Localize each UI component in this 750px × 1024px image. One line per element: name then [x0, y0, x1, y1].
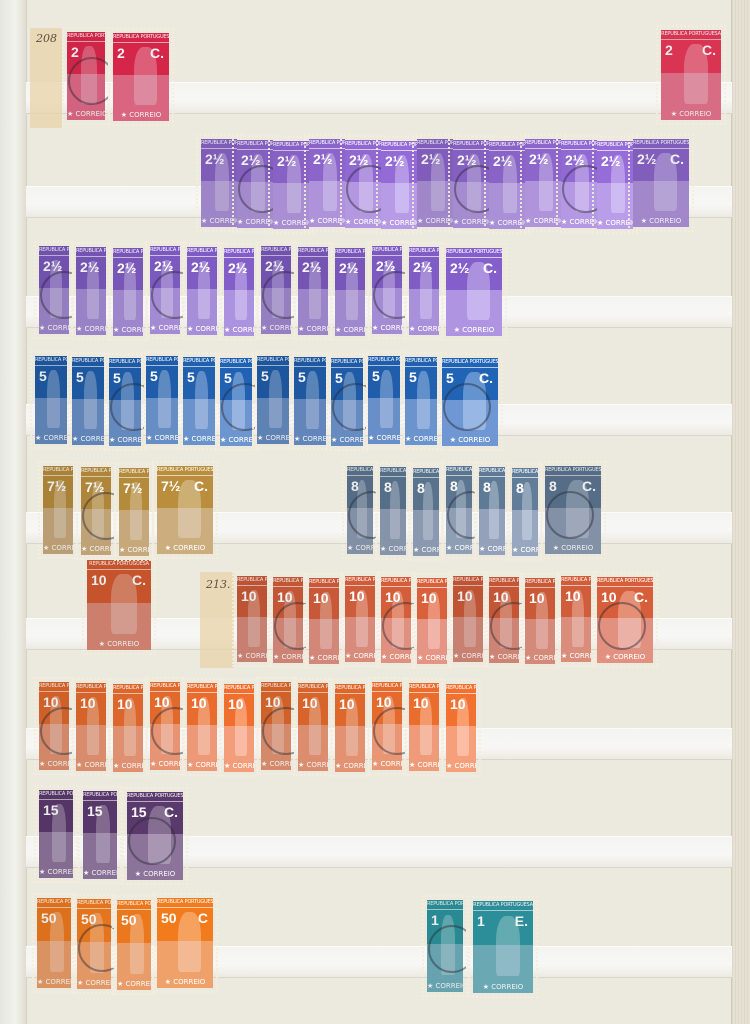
stamp-denomination: 5 [372, 368, 380, 384]
stamp-footer-text: ★ CORREIO [453, 652, 483, 660]
stamp-header-text: REPUBLICA PORTUGUESA [237, 576, 267, 586]
stamp-face: REPUBLICA PORTUGUESA2½★ CORREIO [113, 248, 143, 336]
stockbook-page: REPUBLICA PORTUGUESA2★ CORREIOREPUBLICA … [0, 0, 750, 1024]
stamp-footer-text: ★ CORREIO [67, 110, 105, 118]
stamp-face: REPUBLICA PORTUGUESA2½C.★ CORREIO [446, 248, 502, 336]
stamp-face: REPUBLICA PORTUGUESA7½★ CORREIO [43, 466, 73, 554]
stamp-header-text: REPUBLICA PORTUGUESA [67, 32, 105, 42]
stamp-denomination: 5 [446, 370, 454, 386]
stamp-footer-text: ★ CORREIO [119, 546, 149, 554]
stamp[interactable]: REPUBLICA PORTUGUESA2½★ CORREIO [330, 243, 370, 341]
stamp-footer-text: ★ CORREIO [545, 544, 601, 552]
stamp-face: REPUBLICA PORTUGUESA10★ CORREIO [453, 576, 483, 662]
stamp-denomination: 5 [298, 369, 306, 385]
stamp-footer-text: ★ CORREIO [380, 545, 406, 553]
stamp-footer-text: ★ CORREIO [335, 762, 365, 770]
stamp-denomination: 1 [431, 912, 439, 928]
stamp-face: REPUBLICA PORTUGUESA5★ CORREIO [183, 357, 215, 445]
stamp-footer-text: ★ CORREIO [298, 761, 328, 769]
stamp[interactable]: REPUBLICA PORTUGUESA2½★ CORREIO [108, 243, 148, 341]
stamp-header-text: REPUBLICA PORTUGUESA [150, 246, 180, 256]
stamp[interactable]: REPUBLICA PORTUGUESA8★ CORREIO [375, 462, 411, 560]
stamp-header-text: REPUBLICA PORTUGUESA [294, 357, 326, 367]
stamp-face: REPUBLICA PORTUGUESA5★ CORREIO [72, 357, 104, 445]
stamp-denomination: 8 [549, 478, 557, 494]
stamp-header-text: REPUBLICA PORTUGUESA [345, 576, 375, 586]
stamp-header-text: REPUBLICA PORTUGUESA [368, 356, 400, 366]
stamp-footer-text: ★ CORREIO [220, 436, 252, 444]
stamp-footer-text: ★ CORREIO [224, 326, 254, 334]
stamp-header-text: REPUBLICA PORTUGUESA [489, 577, 519, 587]
stamp-face: REPUBLICA PORTUGUESA15★ CORREIO [39, 790, 73, 878]
stamp-face: REPUBLICA PORTUGUESA2C.★ CORREIO [661, 30, 721, 120]
stamp-footer-text: ★ CORREIO [43, 544, 73, 552]
stamp-header-text: REPUBLICA PORTUGUESA [417, 578, 447, 588]
stamp-face: REPUBLICA PORTUGUESA50★ CORREIO [37, 898, 71, 988]
stamp-face: REPUBLICA PORTUGUESA10★ CORREIO [224, 684, 254, 772]
stamp[interactable]: REPUBLICA PORTUGUESA50★ CORREIO [72, 894, 116, 994]
stamp-footer-text: ★ CORREIO [345, 652, 375, 660]
stamp[interactable]: REPUBLICA PORTUGUESA2★ CORREIO [62, 27, 110, 125]
stamp[interactable]: REPUBLICA PORTUGUESA10★ CORREIO [145, 677, 185, 775]
stamp[interactable]: REPUBLICA PORTUGUESA5★ CORREIO [289, 352, 331, 450]
stamp-footer-text: ★ CORREIO [405, 435, 437, 443]
stamp[interactable]: REPUBLICA PORTUGUESA1★ CORREIO [422, 895, 468, 997]
stamp[interactable]: REPUBLICA PORTUGUESA8★ CORREIO [441, 461, 477, 559]
stamp[interactable]: REPUBLICA PORTUGUESA10★ CORREIO [340, 571, 380, 667]
stamp-footer-text: ★ CORREIO [294, 435, 326, 443]
stamp-header-text: REPUBLICA PORTUGUESA [220, 358, 252, 368]
stamp-face: REPUBLICA PORTUGUESA10★ CORREIO [561, 576, 591, 662]
stamp-header-text: REPUBLICA PORTUGUESA [43, 466, 73, 476]
stamp-face: REPUBLICA PORTUGUESA10★ CORREIO [417, 578, 447, 664]
stamp-footer-text: ★ CORREIO [76, 761, 106, 769]
stamp-face: REPUBLICA PORTUGUESA7½★ CORREIO [119, 468, 149, 556]
stamp-footer-text: ★ CORREIO [37, 978, 71, 986]
stamp-header-text: REPUBLICA PORTUGUESA [117, 900, 151, 910]
stamp-header-text: REPUBLICA PORTUGUESA [545, 466, 601, 476]
stamp-header-text: REPUBLICA PORTUGUESA [309, 578, 339, 588]
stamp-header-text: REPUBLICA PORTUGUESA [224, 684, 254, 694]
stamp[interactable]: REPUBLICA PORTUGUESA8★ CORREIO [408, 463, 444, 561]
stamp-footer-text: ★ CORREIO [76, 325, 106, 333]
stamp-header-text: REPUBLICA PORTUGUESA [261, 246, 291, 256]
annotation-note-208: 208 [36, 32, 57, 45]
stamp[interactable]: REPUBLICA PORTUGUESA2½★ CORREIO [145, 241, 185, 339]
stamp[interactable]: REPUBLICA PORTUGUESA10★ CORREIO [367, 677, 407, 775]
stamp-footer-text: ★ CORREIO [150, 324, 180, 332]
stamp[interactable]: REPUBLICA PORTUGUESA5★ CORREIO [104, 353, 146, 451]
stamp-header-text: REPUBLICA PORTUGUESA [427, 900, 463, 910]
stamp-face: REPUBLICA PORTUGUESA8★ CORREIO [380, 467, 406, 555]
stamp-header-text: REPUBLICA PORTUGUESA [372, 246, 402, 256]
stamp-footer-text: ★ CORREIO [273, 653, 303, 661]
stamp-face: REPUBLICA PORTUGUESA10★ CORREIO [409, 683, 439, 771]
stamp-footer-text: ★ CORREIO [39, 760, 69, 768]
stamp[interactable]: REPUBLICA PORTUGUESA15★ CORREIO [34, 785, 78, 883]
stamp-footer-text: ★ CORREIO [381, 653, 411, 661]
stamp[interactable]: REPUBLICA PORTUGUESA2½★ CORREIO [367, 241, 407, 339]
stamp-footer-text: ★ CORREIO [512, 546, 538, 554]
stamp-footer-text: ★ CORREIO [83, 869, 117, 877]
stamp-header-text: REPUBLICA PORTUGUESA [187, 247, 217, 257]
stamp-header-text: REPUBLICA PORTUGUESA [372, 682, 402, 692]
stamp-header-text: REPUBLICA PORTUGUESA [335, 248, 365, 258]
stamp-denomination: 5 [261, 368, 269, 384]
stamp[interactable]: REPUBLICA PORTUGUESA50C★ CORREIO [152, 893, 218, 993]
stamp-header-text: REPUBLICA PORTUGUESA [347, 466, 373, 476]
stamp[interactable]: REPUBLICA PORTUGUESA2C.★ CORREIO [656, 25, 726, 125]
stamp-header-text: REPUBLICA PORTUGUESA [261, 682, 291, 692]
stamp[interactable]: REPUBLICA PORTUGUESA10C.★ CORREIO [592, 572, 658, 668]
stamp-denomination: 2 [665, 42, 673, 58]
stamp-header-text: REPUBLICA PORTUGUESA [146, 356, 178, 366]
stamp-footer-text: ★ CORREIO [372, 760, 402, 768]
stamp[interactable]: REPUBLICA PORTUGUESA10★ CORREIO [330, 679, 370, 777]
stamp[interactable]: REPUBLICA PORTUGUESA10★ CORREIO [71, 678, 111, 776]
stamp-denomination: 5 [113, 370, 121, 386]
stamp-footer-text: ★ CORREIO [561, 652, 591, 660]
stamp[interactable]: REPUBLICA PORTUGUESA8★ CORREIO [507, 463, 543, 561]
stamp-header-text: REPUBLICA PORTUGUESA [298, 683, 328, 693]
stamp-header-text: REPUBLICA PORTUGUESA [413, 468, 439, 478]
stamp-denomination: 5 [76, 369, 84, 385]
stamp-footer-text: ★ CORREIO [187, 325, 217, 333]
stamp-footer-text: ★ CORREIO [261, 760, 291, 768]
stamp-face: REPUBLICA PORTUGUESA5★ CORREIO [368, 356, 400, 444]
stamp[interactable]: REPUBLICA PORTUGUESA2½★ CORREIO [182, 242, 222, 340]
stamp-footer-text: ★ CORREIO [372, 324, 402, 332]
stamp-header-text: REPUBLICA PORTUGUESA [409, 683, 439, 693]
stamp[interactable]: REPUBLICA PORTUGUESA10★ CORREIO [404, 678, 444, 776]
stamp[interactable]: REPUBLICA PORTUGUESA5★ CORREIO [215, 353, 257, 451]
stamp-header-text: REPUBLICA PORTUGUESA [512, 468, 538, 478]
stamp-denomination: 5 [409, 369, 417, 385]
stamp-footer-text: ★ CORREIO [597, 653, 653, 661]
stamp-footer-text: ★ CORREIO [261, 324, 291, 332]
stamp-header-text: REPUBLICA PORTUGUESA [224, 248, 254, 258]
stamp-face: REPUBLICA PORTUGUESA10★ CORREIO [345, 576, 375, 662]
stamp-footer-text: ★ CORREIO [417, 654, 447, 662]
stamp[interactable]: REPUBLICA PORTUGUESA5★ CORREIO [326, 353, 368, 451]
stamp-header-text: REPUBLICA PORTUGUESA [661, 30, 721, 40]
stamp-footer-text: ★ CORREIO [35, 434, 67, 442]
stamp-footer-text: ★ CORREIO [183, 435, 215, 443]
stamp-footer-text: ★ CORREIO [661, 110, 721, 118]
stamp[interactable]: REPUBLICA PORTUGUESA5★ CORREIO [400, 352, 442, 450]
stamp-face: REPUBLICA PORTUGUESA10★ CORREIO [76, 683, 106, 771]
stamp-footer-text: ★ CORREIO [298, 325, 328, 333]
stamp-face: REPUBLICA PORTUGUESA8★ CORREIO [512, 468, 538, 556]
stamp-footer-text: ★ CORREIO [335, 326, 365, 334]
stamp-footer-text: ★ CORREIO [109, 436, 141, 444]
stamp-header-text: REPUBLICA PORTUGUESA [113, 684, 143, 694]
stamp-face: REPUBLICA PORTUGUESA10★ CORREIO [525, 578, 555, 664]
stamp-face: REPUBLICA PORTUGUESA15★ CORREIO [83, 791, 117, 879]
stamp[interactable]: REPUBLICA PORTUGUESA7½★ CORREIO [38, 461, 78, 559]
stamp[interactable]: REPUBLICA PORTUGUESA50★ CORREIO [112, 895, 156, 995]
stamp-header-text: REPUBLICA PORTUGUESA [409, 247, 439, 257]
stamp-face: REPUBLICA PORTUGUESA1E.★ CORREIO [473, 901, 533, 993]
postmark-icon [598, 602, 646, 650]
stamp-header-text: REPUBLICA PORTUGUESA [109, 358, 141, 368]
stamp-header-text: REPUBLICA PORTUGUESA [127, 792, 183, 802]
stamp-face: REPUBLICA PORTUGUESA2½★ CORREIO [335, 248, 365, 336]
stamp[interactable]: REPUBLICA PORTUGUESA2½C.★ CORREIO [441, 243, 507, 341]
stamp-face: REPUBLICA PORTUGUESA2½C.★ CORREIO [633, 139, 689, 227]
stamp[interactable]: REPUBLICA PORTUGUESA10★ CORREIO [232, 571, 272, 667]
stamp[interactable]: REPUBLICA PORTUGUESA7½★ CORREIO [114, 463, 154, 561]
stamp-denomination: 2 [71, 44, 79, 60]
stamp[interactable]: REPUBLICA PORTUGUESA10★ CORREIO [256, 677, 296, 775]
stamp-face: REPUBLICA PORTUGUESA50★ CORREIO [117, 900, 151, 990]
stamp-denomination: 50 [161, 910, 177, 926]
stamp[interactable]: REPUBLICA PORTUGUESA2½★ CORREIO [404, 242, 444, 340]
stamp-denomination: 5 [335, 370, 343, 386]
stamp-face: REPUBLICA PORTUGUESA10★ CORREIO [113, 684, 143, 772]
stamp-footer-text: ★ CORREIO [224, 762, 254, 770]
stamp-face: REPUBLICA PORTUGUESA2½★ CORREIO [409, 247, 439, 335]
stamp-header-text: REPUBLICA PORTUGUESA [76, 247, 106, 257]
postmark-icon [128, 817, 176, 865]
stamp[interactable]: REPUBLICA PORTUGUESA5★ CORREIO [252, 351, 294, 449]
stamp-face: REPUBLICA PORTUGUESA5★ CORREIO [294, 357, 326, 445]
stamp-footer-text: ★ CORREIO [446, 762, 476, 770]
stamp[interactable]: REPUBLICA PORTUGUESA10★ CORREIO [268, 572, 308, 668]
stamp-header-text: REPUBLICA PORTUGUESA [473, 901, 533, 911]
stamp-header-text: REPUBLICA PORTUGUESA [150, 682, 180, 692]
stamp-footer-text: ★ CORREIO [409, 761, 439, 769]
postmark-icon [443, 383, 491, 431]
stamp[interactable]: REPUBLICA PORTUGUESA7½C.★ CORREIO [152, 461, 218, 559]
stamp-footer-text: ★ CORREIO [473, 983, 533, 991]
stamp[interactable]: REPUBLICA PORTUGUESA10★ CORREIO [182, 678, 222, 776]
stamp-face: REPUBLICA PORTUGUESA10C.★ CORREIO [87, 560, 151, 650]
stamp[interactable]: REPUBLICA PORTUGUESA10★ CORREIO [441, 679, 481, 777]
stamp[interactable]: REPUBLICA PORTUGUESA10★ CORREIO [556, 571, 596, 667]
stamp-footer-text: ★ CORREIO [489, 653, 519, 661]
stamp-footer-text: ★ CORREIO [413, 546, 439, 554]
stamp[interactable]: REPUBLICA PORTUGUESA10★ CORREIO [219, 679, 259, 777]
stamp-header-text: REPUBLICA PORTUGUESA [39, 246, 69, 256]
stamp-face: REPUBLICA PORTUGUESA5★ CORREIO [35, 356, 67, 444]
stamp-footer-text: ★ CORREIO [427, 982, 463, 990]
stamp-header-text: REPUBLICA PORTUGUESA [39, 790, 73, 800]
stamp[interactable]: REPUBLICA PORTUGUESA2½★ CORREIO [34, 241, 74, 339]
stamp[interactable]: REPUBLICA PORTUGUESA1E.★ CORREIO [468, 896, 538, 998]
stamp-face: REPUBLICA PORTUGUESA8★ CORREIO [413, 468, 439, 556]
stamp-header-text: REPUBLICA PORTUGUESA [83, 791, 117, 801]
stamp-header-text: REPUBLICA PORTUGUESA [298, 247, 328, 257]
stamp-footer-text: ★ CORREIO [257, 434, 289, 442]
stamp-footer-text: ★ CORREIO [157, 544, 213, 552]
stamp-header-text: REPUBLICA PORTUGUESA [35, 356, 67, 366]
stamp-denomination: 5 [224, 370, 232, 386]
stamp[interactable]: REPUBLICA PORTUGUESA2½★ CORREIO [256, 241, 296, 339]
stamp[interactable]: REPUBLICA PORTUGUESA2½★ CORREIO [219, 243, 259, 341]
stamp-face: REPUBLICA PORTUGUESA2½★ CORREIO [224, 248, 254, 336]
stamp[interactable]: REPUBLICA PORTUGUESA5★ CORREIO [30, 351, 72, 449]
stamp-denomination: 2½ [637, 151, 656, 167]
stamp-denomination: 2 [117, 45, 125, 61]
stamp-header-text: REPUBLICA PORTUGUESA [335, 684, 365, 694]
stamp-footer-text: ★ CORREIO [442, 436, 498, 444]
stamp-header-text: REPUBLICA PORTUGUESA [561, 576, 591, 586]
stamp[interactable]: REPUBLICA PORTUGUESA10C.★ CORREIO [82, 555, 156, 655]
stamp-header-text: REPUBLICA PORTUGUESA [37, 898, 71, 908]
stamp-footer-text: ★ CORREIO [113, 762, 143, 770]
stamp-header-text: REPUBLICA PORTUGUESA [479, 467, 505, 477]
stamp-header-text: REPUBLICA PORTUGUESA [113, 33, 169, 43]
stamp[interactable]: REPUBLICA PORTUGUESA2C.★ CORREIO [108, 28, 174, 126]
stamp[interactable]: REPUBLICA PORTUGUESA8★ CORREIO [342, 461, 378, 559]
stamp-denomination: 1 [477, 913, 485, 929]
stamp[interactable]: REPUBLICA PORTUGUESA50★ CORREIO [32, 893, 76, 993]
stamp-footer-text: ★ CORREIO [81, 545, 111, 553]
stamp-footer-text: ★ CORREIO [157, 978, 213, 986]
stamp-header-text: REPUBLICA PORTUGUESA [77, 899, 111, 909]
stamp-header-text: REPUBLICA PORTUGUESA [72, 357, 104, 367]
postmark-icon [428, 925, 468, 973]
stamp-footer-text: ★ CORREIO [187, 761, 217, 769]
stamp-footer-text: ★ CORREIO [39, 868, 73, 876]
stamp-face: REPUBLICA PORTUGUESA2C.★ CORREIO [113, 33, 169, 121]
stamp-footer-text: ★ CORREIO [113, 111, 169, 119]
stamp-header-text: REPUBLICA PORTUGUESA [183, 357, 215, 367]
stamp-face: REPUBLICA PORTUGUESA50C★ CORREIO [157, 898, 213, 988]
stamp[interactable]: REPUBLICA PORTUGUESA10★ CORREIO [304, 573, 344, 669]
stamp-header-text: REPUBLICA PORTUGUESA [442, 358, 498, 368]
stamp-header-text: REPUBLICA PORTUGUESA [157, 898, 213, 908]
stamp-header-text: REPUBLICA PORTUGUESA [446, 684, 476, 694]
postmark-icon [546, 491, 594, 539]
stamp[interactable]: REPUBLICA PORTUGUESA2½C.★ CORREIO [628, 134, 694, 232]
stamp-header-text: REPUBLICA PORTUGUESA [113, 248, 143, 258]
stamp-footer-text: ★ CORREIO [113, 326, 143, 334]
stamp-header-text: REPUBLICA PORTUGUESA [331, 358, 363, 368]
stamp-header-text: REPUBLICA PORTUGUESA [446, 466, 472, 476]
stamp-header-text: REPUBLICA PORTUGUESA [81, 467, 111, 477]
stamp-footer-text: ★ CORREIO [127, 870, 183, 878]
stamp-header-text: REPUBLICA PORTUGUESA [381, 577, 411, 587]
stamp-footer-text: ★ CORREIO [39, 324, 69, 332]
stamp-header-text: REPUBLICA PORTUGUESA [39, 682, 69, 692]
stamp-header-text: REPUBLICA PORTUGUESA [597, 577, 653, 587]
stamp-face: REPUBLICA PORTUGUESA10★ CORREIO [309, 578, 339, 664]
stamp[interactable]: REPUBLICA PORTUGUESA10★ CORREIO [448, 571, 488, 667]
postmark-icon [68, 57, 110, 105]
stamp-denomination: 5 [150, 368, 158, 384]
stamp-header-text: REPUBLICA PORTUGUESA [87, 560, 151, 570]
stamp[interactable]: REPUBLICA PORTUGUESA2½★ CORREIO [71, 242, 111, 340]
stamp-footer-text: ★ CORREIO [87, 640, 151, 648]
stamp-denomination: 7½ [161, 478, 180, 494]
stamp-denomination: 5 [187, 369, 195, 385]
stamp-footer-text: ★ CORREIO [446, 326, 502, 334]
stamp-footer-text: ★ CORREIO [479, 545, 505, 553]
stamp-footer-text: ★ CORREIO [409, 325, 439, 333]
stamp[interactable]: REPUBLICA PORTUGUESA5★ CORREIO [141, 351, 183, 449]
stamp-header-text: REPUBLICA PORTUGUESA [525, 578, 555, 588]
stamp-face: REPUBLICA PORTUGUESA10★ CORREIO [187, 683, 217, 771]
stamp-header-text: REPUBLICA PORTUGUESA [453, 576, 483, 586]
stamp-face: REPUBLICA PORTUGUESA5★ CORREIO [146, 356, 178, 444]
stamp-face: REPUBLICA PORTUGUESA10★ CORREIO [335, 684, 365, 772]
stamp-header-text: REPUBLICA PORTUGUESA [380, 467, 406, 477]
stamp[interactable]: REPUBLICA PORTUGUESA10★ CORREIO [484, 572, 524, 668]
stamp[interactable]: REPUBLICA PORTUGUESA10★ CORREIO [376, 572, 416, 668]
stamp-footer-text: ★ CORREIO [117, 980, 151, 988]
stamp-footer-text: ★ CORREIO [77, 979, 111, 987]
stamp[interactable]: REPUBLICA PORTUGUESA8★ CORREIO [474, 462, 510, 560]
stamp[interactable]: REPUBLICA PORTUGUESA10★ CORREIO [34, 677, 74, 775]
page-binding-edge [731, 0, 750, 1024]
stamp[interactable]: REPUBLICA PORTUGUESA5★ CORREIO [363, 351, 405, 449]
stamp-face: REPUBLICA PORTUGUESA7½C.★ CORREIO [157, 466, 213, 554]
stamp-header-text: REPUBLICA PORTUGUESA [187, 683, 217, 693]
stamp[interactable]: REPUBLICA PORTUGUESA2½★ CORREIO [293, 242, 333, 340]
stamp-footer-text: ★ CORREIO [309, 654, 339, 662]
stamp[interactable]: REPUBLICA PORTUGUESA5★ CORREIO [178, 352, 220, 450]
stamp-header-text: REPUBLICA PORTUGUESA [633, 139, 689, 149]
stamp[interactable]: REPUBLICA PORTUGUESA5★ CORREIO [67, 352, 109, 450]
stamp-footer-text: ★ CORREIO [237, 652, 267, 660]
stamp-face: REPUBLICA PORTUGUESA2½★ CORREIO [76, 247, 106, 335]
stamp-header-text: REPUBLICA PORTUGUESA [405, 357, 437, 367]
stamp-denomination: 5 [39, 368, 47, 384]
stamp-footer-text: ★ CORREIO [72, 435, 104, 443]
stamp-face: REPUBLICA PORTUGUESA10★ CORREIO [298, 683, 328, 771]
stamp[interactable]: REPUBLICA PORTUGUESA5C.★ CORREIO [437, 353, 503, 451]
stamp-header-text: REPUBLICA PORTUGUESA [119, 468, 149, 478]
stamp-footer-text: ★ CORREIO [525, 654, 555, 662]
stamp-header-text: REPUBLICA PORTUGUESA [257, 356, 289, 366]
stamp[interactable]: REPUBLICA PORTUGUESA15C.★ CORREIO [122, 787, 188, 885]
stamp-face: REPUBLICA PORTUGUESA8★ CORREIO [479, 467, 505, 555]
stamp-footer-text: ★ CORREIO [150, 760, 180, 768]
stamp-header-text: REPUBLICA PORTUGUESA [157, 466, 213, 476]
stamp-denomination: 10 [91, 572, 107, 588]
stamp-denomination: 2½ [450, 260, 469, 276]
stamp[interactable]: REPUBLICA PORTUGUESA15★ CORREIO [78, 786, 122, 884]
stamp-footer-text: ★ CORREIO [368, 434, 400, 442]
stamp[interactable]: REPUBLICA PORTUGUESA7½★ CORREIO [76, 462, 116, 560]
stamp-face: REPUBLICA PORTUGUESA5★ CORREIO [257, 356, 289, 444]
annotation-note-213: 213. [206, 578, 231, 591]
stamp[interactable]: REPUBLICA PORTUGUESA8C.★ CORREIO [540, 461, 606, 559]
stamp-face: REPUBLICA PORTUGUESA2½★ CORREIO [298, 247, 328, 335]
stamp[interactable]: REPUBLICA PORTUGUESA10★ CORREIO [293, 678, 333, 776]
stamp-header-text: REPUBLICA PORTUGUESA [273, 577, 303, 587]
stamp[interactable]: REPUBLICA PORTUGUESA10★ CORREIO [108, 679, 148, 777]
stamp-face: REPUBLICA PORTUGUESA2½★ CORREIO [187, 247, 217, 335]
stamp-header-text: REPUBLICA PORTUGUESA [76, 683, 106, 693]
stamp-header-text: REPUBLICA PORTUGUESA [446, 248, 502, 258]
stamp-face: REPUBLICA PORTUGUESA10★ CORREIO [237, 576, 267, 662]
stamp-footer-text: ★ CORREIO [633, 217, 689, 225]
stamp-face: REPUBLICA PORTUGUESA10★ CORREIO [446, 684, 476, 772]
stamp[interactable]: REPUBLICA PORTUGUESA10★ CORREIO [520, 573, 560, 669]
page-left-margin [0, 0, 27, 1024]
stamp-footer-text: ★ CORREIO [146, 434, 178, 442]
stamp-footer-text: ★ CORREIO [446, 544, 472, 552]
stamp-footer-text: ★ CORREIO [347, 544, 373, 552]
stamp-face: REPUBLICA PORTUGUESA5★ CORREIO [405, 357, 437, 445]
stamp-footer-text: ★ CORREIO [331, 436, 363, 444]
stamp[interactable]: REPUBLICA PORTUGUESA10★ CORREIO [412, 573, 452, 669]
